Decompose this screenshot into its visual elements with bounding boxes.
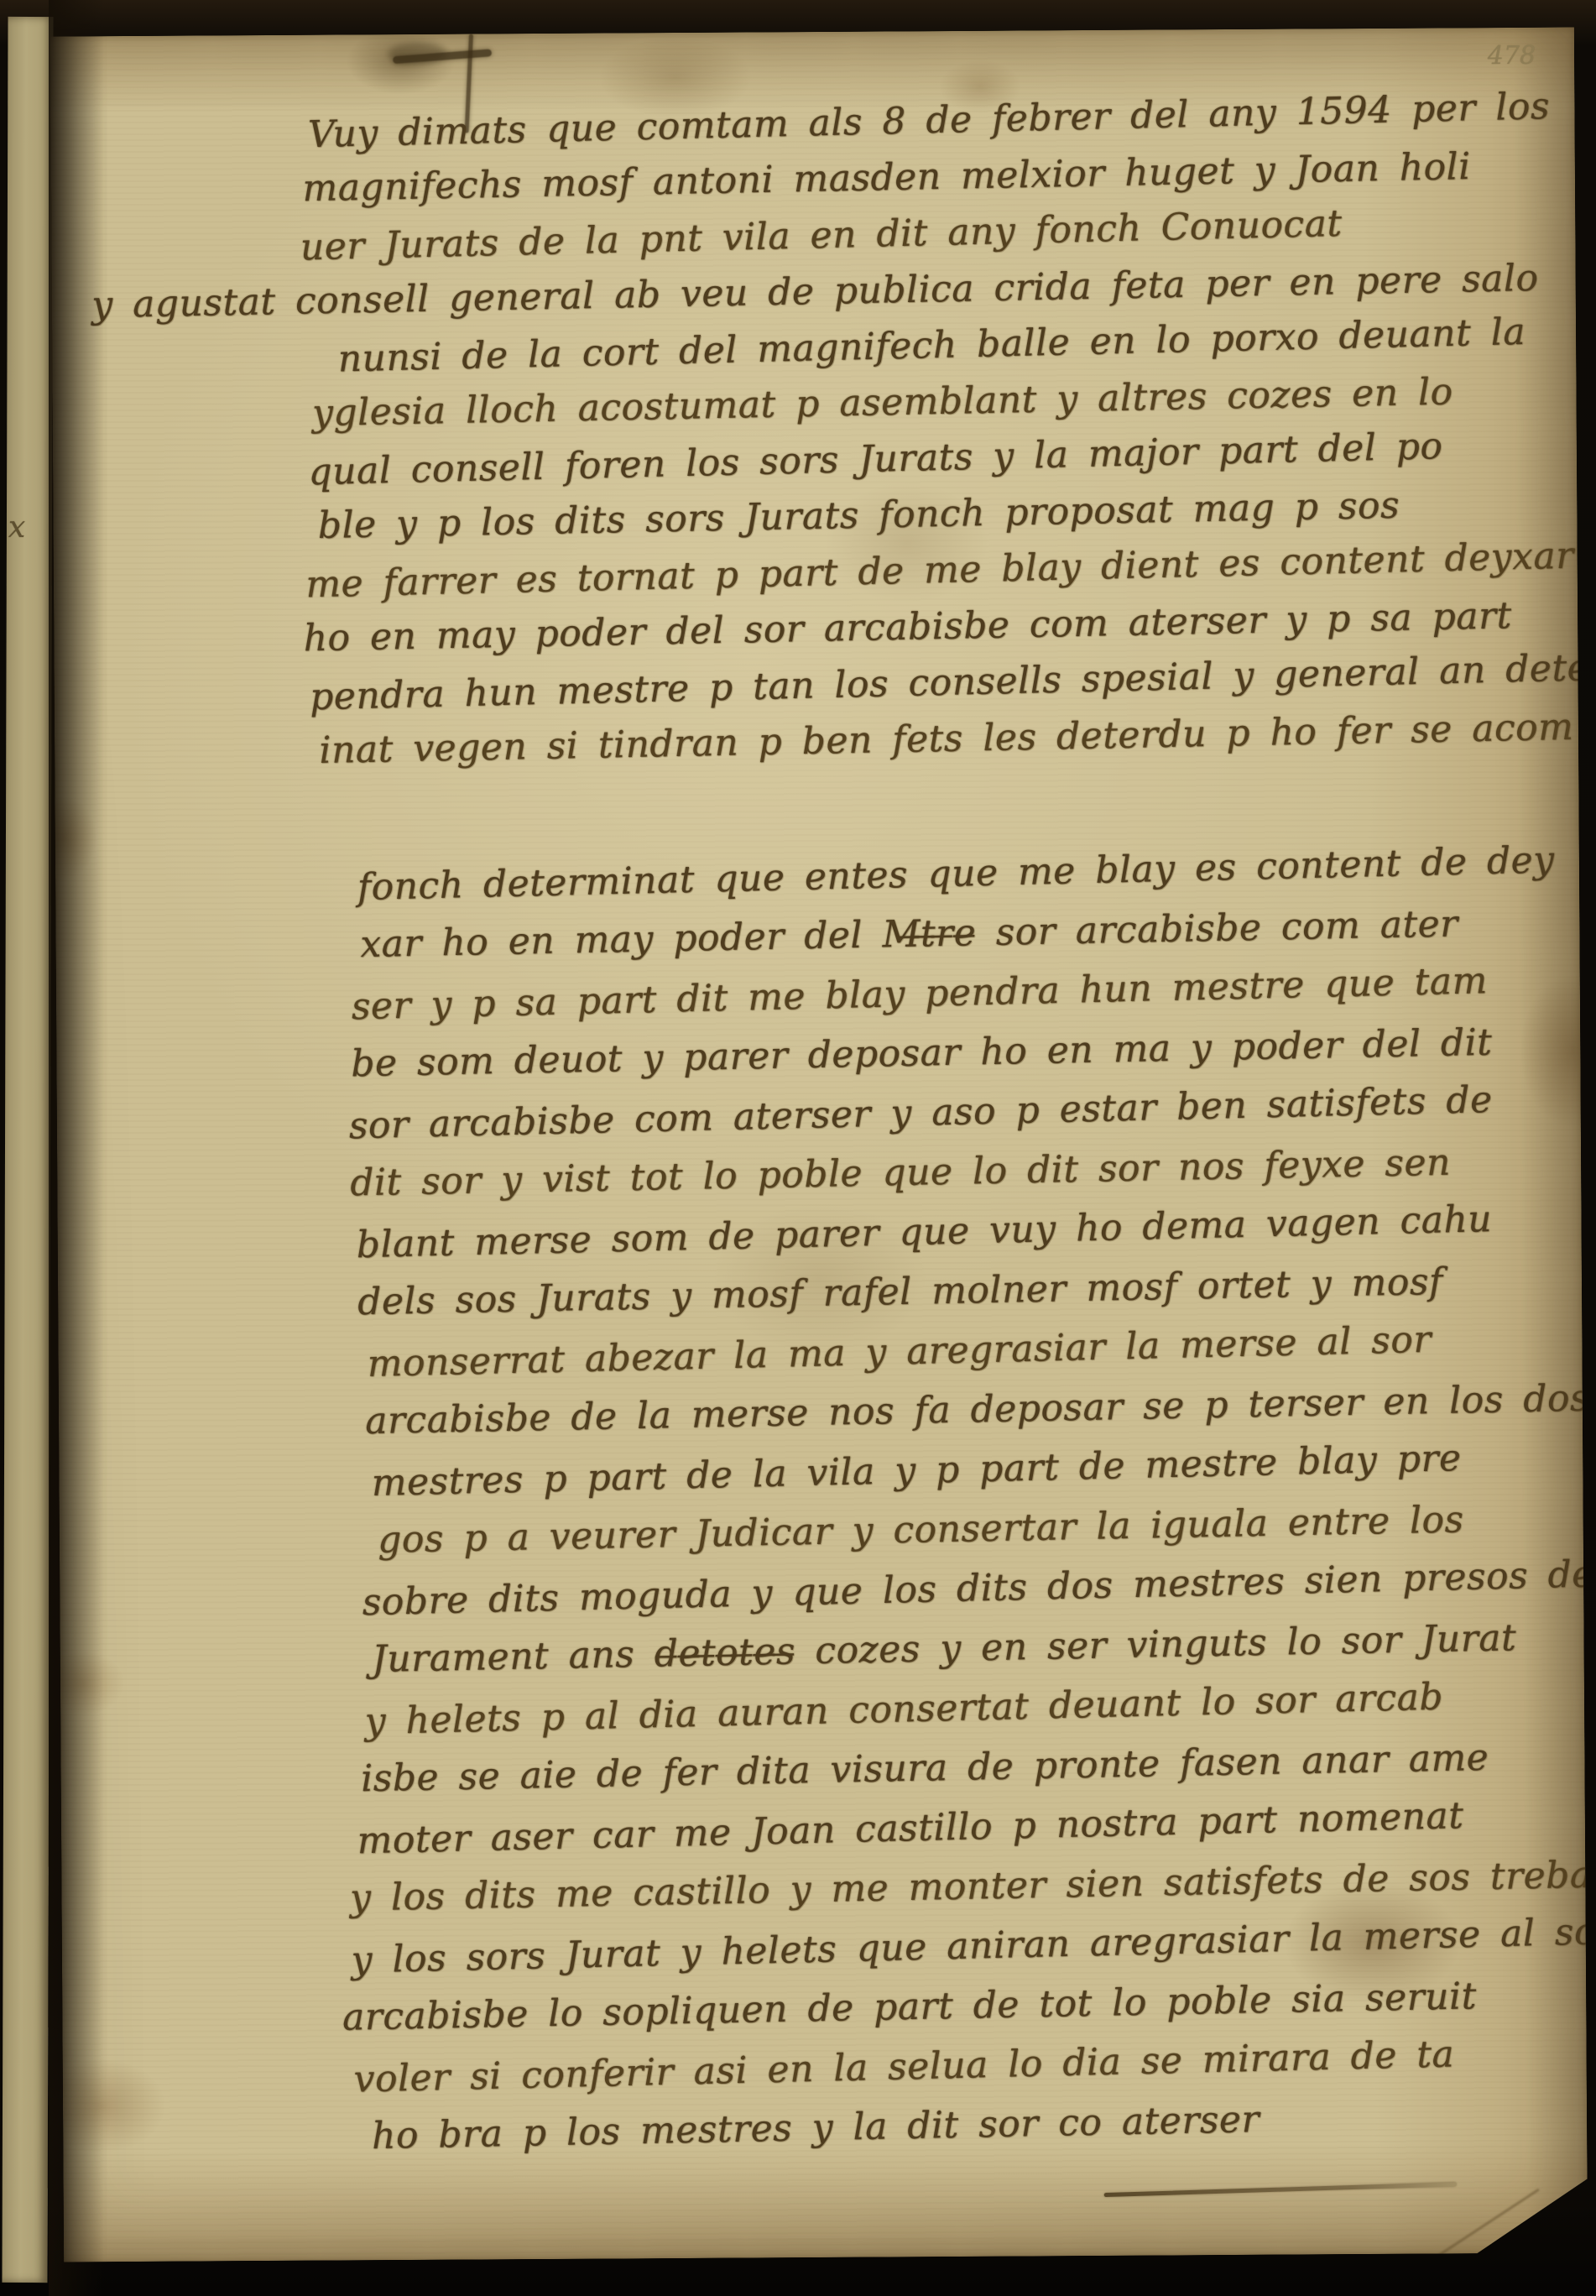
end-flourish-line [1104, 2182, 1457, 2197]
paragraph-determination: fonch determinat que entes que me blay e… [96, 832, 1588, 2173]
corner-fold-crease [1419, 2189, 1540, 2262]
photographed-book-opening: x 478 Vuy dimats que comtam als 8 de feb… [0, 0, 1596, 2296]
margin-letter: x [8, 510, 25, 545]
manuscript-page: 478 Vuy dimats que comtam als 8 de febre… [50, 27, 1588, 2262]
paragraph-convocation: Vuy dimats que comtam als 8 de febrer de… [81, 80, 1561, 785]
manuscript-text: Vuy dimats que comtam als 8 de febrer de… [81, 80, 1588, 2173]
book-gutter-shadow [49, 0, 104, 2296]
folio-number: 478 [1488, 41, 1536, 70]
previous-page-edge: x [2, 17, 53, 2283]
